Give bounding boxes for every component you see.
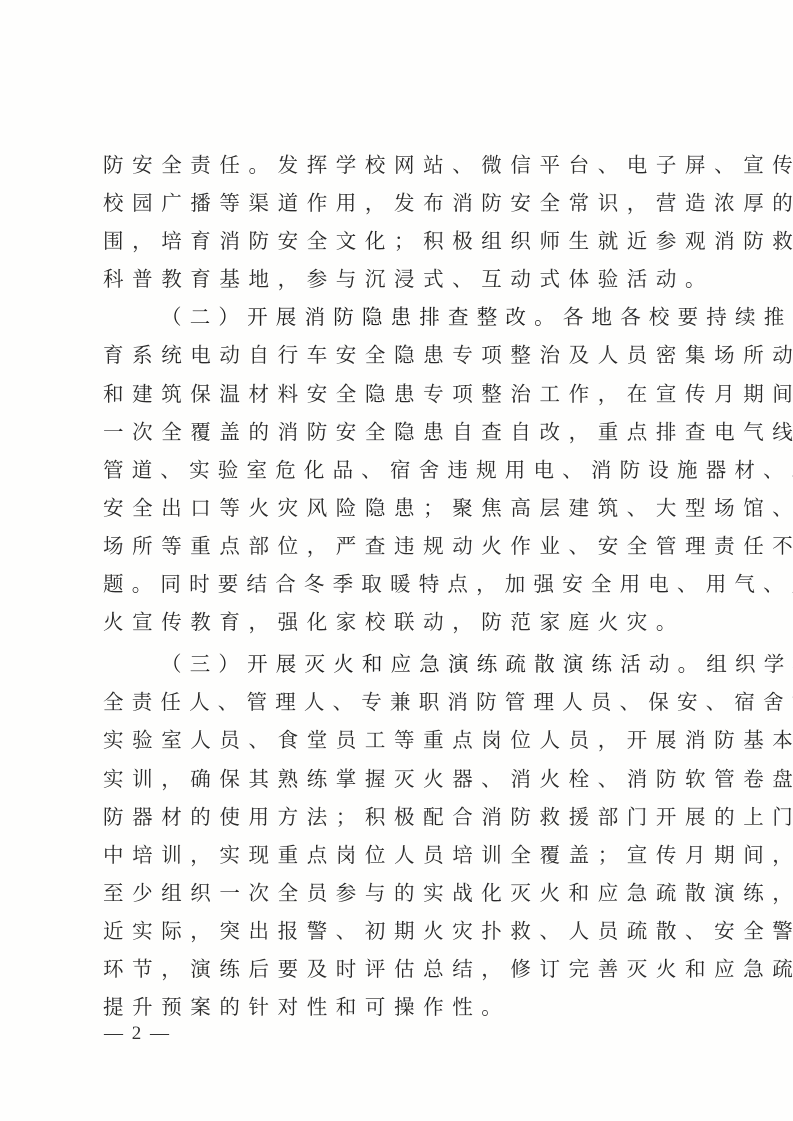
text-line: 防器材的使用方法；积极配合消防救援部门开展的上门培训或集 bbox=[103, 798, 703, 836]
text-line: 环节，演练后要及时评估总结，修订完善灭火和应急疏散预案， bbox=[103, 950, 703, 988]
page-number: — 2 — bbox=[104, 1023, 171, 1045]
text-line: 提升预案的针对性和可操作性。 bbox=[103, 988, 703, 1026]
text-line: 安全出口等火灾风险隐患；聚焦高层建筑、大型场馆、人员密集 bbox=[103, 489, 703, 527]
section-lead-text: 组织学校消防安 bbox=[706, 652, 793, 676]
text-line: 全责任人、管理人、专兼职消防管理人员、保安、宿舍管理员、 bbox=[103, 683, 703, 721]
text-line: 管道、实验室危化品、宿舍违规用电、消防设施器材、疏散通道、 bbox=[103, 451, 703, 489]
text-line: 科普教育基地，参与沉浸式、互动式体验活动。 bbox=[103, 260, 703, 298]
text-line: 近实际，突出报警、初期火灾扑救、人员疏散、安全警戒等关键 bbox=[103, 912, 703, 950]
section-fire-drill: （三）开展灭火和应急演练疏散演练活动。组织学校消防安 全责任人、管理人、专兼职消… bbox=[103, 645, 703, 1026]
text-line: 防安全责任。发挥学校网站、微信平台、电子屏、宣传栏、黑板报、 bbox=[103, 146, 703, 184]
text-line: 火宣传教育，强化家校联动，防范家庭火灾。 bbox=[103, 603, 703, 641]
text-line: 中培训，实现重点岗位人员培训全覆盖；宣传月期间，各地各校 bbox=[103, 836, 703, 874]
section-lead-text: 各地各校要持续推进全区教 bbox=[563, 305, 793, 329]
section-hazard-inspection: （二）开展消防隐患排查整改。各地各校要持续推进全区教 育系统电动自行车安全隐患专… bbox=[103, 298, 703, 641]
text-line: 一次全覆盖的消防安全隐患自查自改，重点排查电气线路、燃气 bbox=[103, 413, 703, 451]
text-line: 和建筑保温材料安全隐患专项整治工作，在宣传月期间集中开展 bbox=[103, 375, 703, 413]
document-page: 防安全责任。发挥学校网站、微信平台、电子屏、宣传栏、黑板报、 校园广播等渠道作用… bbox=[0, 0, 793, 1121]
section-first-line: （二）开展消防隐患排查整改。各地各校要持续推进全区教 bbox=[103, 298, 703, 336]
text-line: 校园广播等渠道作用，发布消防安全常识，营造浓厚的消防宣传氛 bbox=[103, 184, 703, 222]
section-heading: （二）开展消防隐患排查整改。 bbox=[161, 305, 563, 329]
text-line: 题。同时要结合冬季取暖特点，加强安全用电、用气、用煤（炭） bbox=[103, 565, 703, 603]
text-line: 至少组织一次全员参与的实战化灭火和应急疏散演练，演练要贴 bbox=[103, 874, 703, 912]
text-line: 围，培育消防安全文化；积极组织师生就近参观消防救援站、消防 bbox=[103, 222, 703, 260]
text-line: 实训，确保其熟练掌握灭火器、消火栓、消防软管卷盘等常用消 bbox=[103, 760, 703, 798]
section-first-line: （三）开展灭火和应急演练疏散演练活动。组织学校消防安 bbox=[103, 645, 703, 683]
paragraph-continuation: 防安全责任。发挥学校网站、微信平台、电子屏、宣传栏、黑板报、 校园广播等渠道作用… bbox=[103, 146, 703, 298]
text-line: 场所等重点部位，严查违规动火作业、安全管理责任不落实等问 bbox=[103, 527, 703, 565]
section-heading: （三）开展灭火和应急演练疏散演练活动。 bbox=[161, 652, 706, 676]
document-body: 防安全责任。发挥学校网站、微信平台、电子屏、宣传栏、黑板报、 校园广播等渠道作用… bbox=[103, 146, 703, 1026]
text-line: 育系统电动自行车安全隐患专项整治及人员密集场所动火作业 bbox=[103, 336, 703, 374]
text-line: 实验室人员、食堂员工等重点岗位人员，开展消防基本技能实操 bbox=[103, 721, 703, 759]
